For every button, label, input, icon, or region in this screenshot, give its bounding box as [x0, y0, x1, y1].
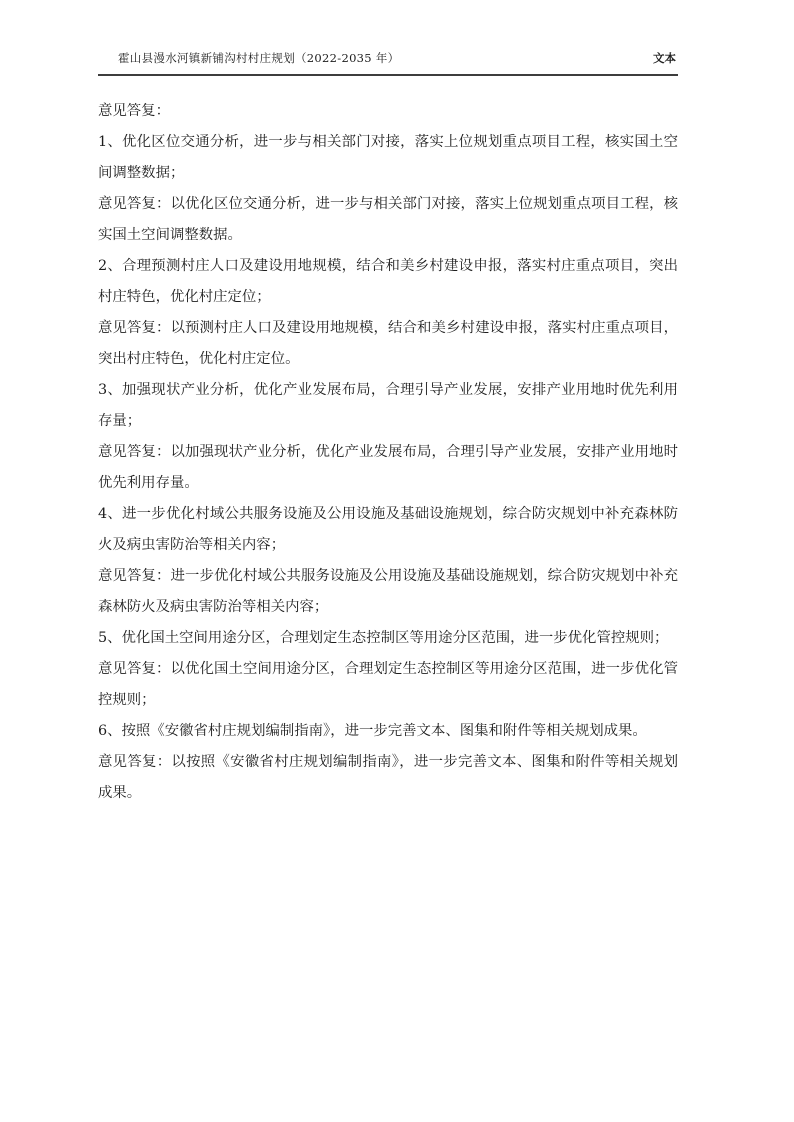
document-page: 霍山县漫水河镇新铺沟村村庄规划（2022-2035 年） 文本 意见答复： 1、…: [0, 0, 794, 1122]
page-header-row: 霍山县漫水河镇新铺沟村村庄规划（2022-2035 年） 文本: [98, 50, 678, 66]
opinion-item-2: 2、合理预测村庄人口及建设用地规模，结合和美乡村建设申报，落实村庄重点项目，突出…: [98, 251, 678, 313]
opinion-reply-6: 意见答复：以按照《安徽省村庄规划编制指南》，进一步完善文本、图集和附件等相关规划…: [98, 747, 678, 809]
opinion-item-3: 3、加强现状产业分析，优化产业发展布局，合理引导产业发展，安排产业用地时优先利用…: [98, 375, 678, 437]
opinion-reply-5: 意见答复：以优化国土空间用途分区，合理划定生态控制区等用途分区范围，进一步优化管…: [98, 654, 678, 716]
header-page-label: 文本: [653, 50, 678, 66]
reply-heading: 意见答复：: [98, 96, 678, 127]
opinion-reply-3: 意见答复：以加强现状产业分析，优化产业发展布局，合理引导产业发展，安排产业用地时…: [98, 437, 678, 499]
opinion-item-5: 5、优化国土空间用途分区，合理划定生态控制区等用途分区范围，进一步优化管控规则；: [98, 623, 678, 654]
document-body: 意见答复： 1、优化区位交通分析，进一步与相关部门对接，落实上位规划重点项目工程…: [98, 96, 678, 809]
opinion-reply-1: 意见答复：以优化区位交通分析，进一步与相关部门对接，落实上位规划重点项目工程，核…: [98, 189, 678, 251]
page-header: 霍山县漫水河镇新铺沟村村庄规划（2022-2035 年） 文本: [98, 50, 678, 76]
opinion-reply-2: 意见答复：以预测村庄人口及建设用地规模，结合和美乡村建设申报，落实村庄重点项目，…: [98, 313, 678, 375]
opinion-reply-4: 意见答复：进一步优化村域公共服务设施及公用设施及基础设施规划，综合防灾规划中补充…: [98, 561, 678, 623]
document-title: 霍山县漫水河镇新铺沟村村庄规划（2022-2035 年）: [98, 50, 399, 66]
opinion-item-4: 4、进一步优化村域公共服务设施及公用设施及基础设施规划，综合防灾规划中补充森林防…: [98, 499, 678, 561]
opinion-item-1: 1、优化区位交通分析，进一步与相关部门对接，落实上位规划重点项目工程，核实国土空…: [98, 127, 678, 189]
opinion-item-6: 6、按照《安徽省村庄规划编制指南》，进一步完善文本、图集和附件等相关规划成果。: [98, 716, 678, 747]
